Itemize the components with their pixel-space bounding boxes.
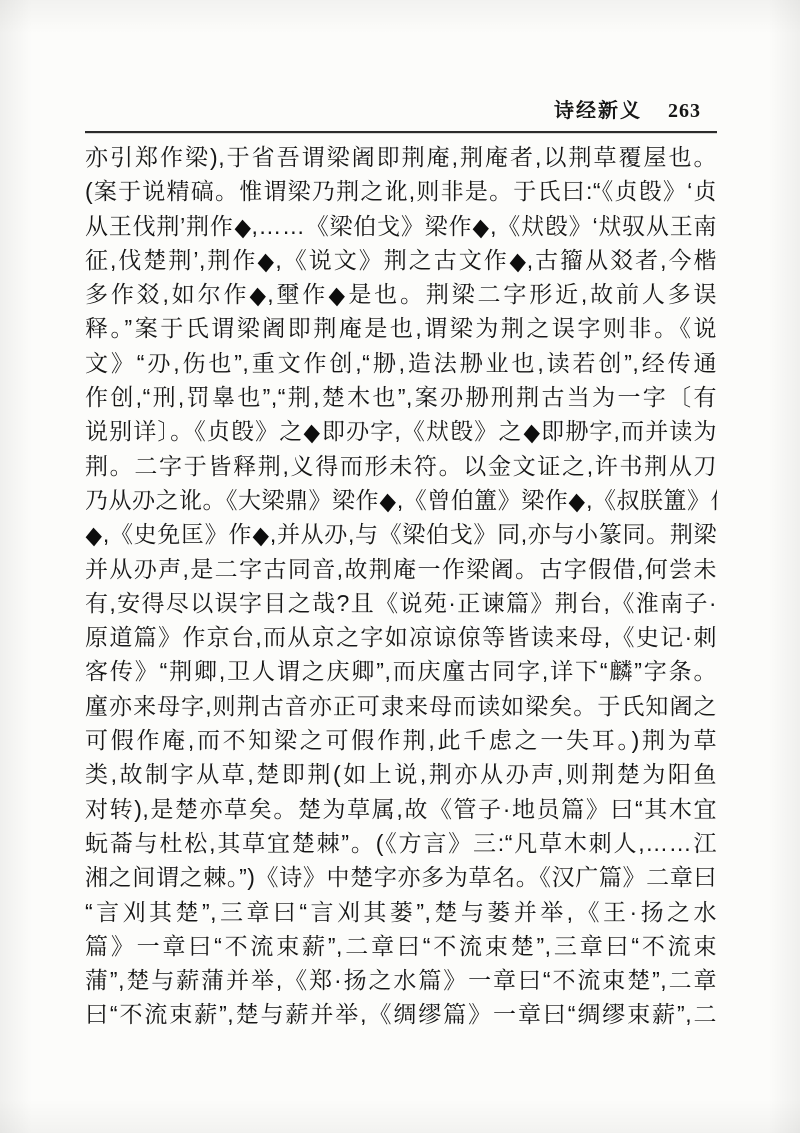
ancient-script-glyph: ◆ xyxy=(472,209,491,243)
ancient-script-glyph: ◆ xyxy=(508,243,527,277)
running-header: 诗经新义263 xyxy=(85,94,701,123)
ancient-script-glyph: ◆ xyxy=(378,483,397,517)
text-line: 廑亦来母字,则荆古音亦正可隶来母而读如梁矣。于氏知阇之 xyxy=(85,689,717,723)
text-line: 从王伐荆’荆作◆,……《梁伯戈》梁作◆,《㹜𣪘》‘㹜驭从王南 xyxy=(85,209,717,243)
text-line: ◆,《史免匡》作◆,并从刅,与《梁伯戈》同,亦与小篆同。荆梁 xyxy=(85,517,717,551)
page-number: 263 xyxy=(668,100,701,123)
header-rule xyxy=(85,131,717,133)
text-block: 亦引郑作梁),于省吾谓梁阇即荆庵,荆庵者,以荆草覆屋也。(案于说精碻。惟谓梁乃荆… xyxy=(85,140,717,1032)
text-line: 荆。二字于皆释荆,义得而形未符。以金文证之,许书荆从刀 xyxy=(85,449,717,483)
ancient-script-glyph: ◆ xyxy=(233,209,252,243)
text-line: 作创,“刑,罚辠也”,“荆,楚木也”,案刅刱刑荆古当为一字〔有 xyxy=(85,380,717,414)
text-line: (案于说精碻。惟谓梁乃荆之讹,则非是。于氏曰:“《贞𣪘》‘贞 xyxy=(85,174,717,208)
text-line: 乃从刅之讹。《大梁鼎》梁作◆,《曾伯簠》梁作◆,《叔朕簠》作 xyxy=(85,483,717,517)
book-title: 诗经新义 xyxy=(554,100,642,122)
text-line: 蚖菕与杜松,其草宜楚棘”。(《方言》三:“凡草木刺人,……江 xyxy=(85,826,717,860)
ancient-script-glyph: ◆ xyxy=(303,414,322,448)
text-line: 对转),是楚亦草矣。楚为草属,故《管子·地员篇》曰“其木宜 xyxy=(85,792,717,826)
text-line: 曰“不流束薪”,楚与薪并举,《绸缪篇》一章曰“绸缪束薪”,二 xyxy=(85,997,717,1031)
text-line: 并从刅声,是二字古同音,故荆庵一作梁阇。古字假借,何尝未 xyxy=(85,552,717,586)
text-line: 征,伐楚荆’,荆作◆,《说文》荆之古文作◆,古籀从㸚者,今楷 xyxy=(85,243,717,277)
text-line: 原道篇》作京台,而从京之字如凉谅倞等皆读来母,《史记·刺 xyxy=(85,620,717,654)
text-line: 湘之间谓之棘。”)《诗》中楚字亦多为草名。《汉广篇》二章曰 xyxy=(85,860,717,894)
text-line: 文》“刅,伤也”,重文作创,“刱,造法刱业也,读若创”,经传通 xyxy=(85,346,717,380)
ancient-script-glyph: ◆ xyxy=(568,483,587,517)
text-line: 释。”案于氏谓梁阇即荆庵是也,谓梁为荆之误字则非。《说 xyxy=(85,311,717,345)
text-line: 亦引郑作梁),于省吾谓梁阇即荆庵,荆庵者,以荆草覆屋也。 xyxy=(85,140,717,174)
ancient-script-glyph: ◆ xyxy=(249,277,268,311)
text-line: 客传》“荆卿,卫人谓之庆卿”,而庆廑古同字,详下“麟”字条。 xyxy=(85,654,717,688)
ancient-script-glyph: ◆ xyxy=(522,414,541,448)
text-line: 可假作庵,而不知梁之可假作荆,此千虑之一失耳。)荆为草 xyxy=(85,723,717,757)
ancient-script-glyph: ◆ xyxy=(85,517,103,551)
ancient-script-glyph: ◆ xyxy=(251,517,270,551)
text-line: 蒲”,楚与薪蒲并举,《郑·扬之水篇》一章曰“不流束楚”,二章 xyxy=(85,963,717,997)
ancient-script-glyph: ◆ xyxy=(328,277,347,311)
scanned-book-page: 诗经新义263 亦引郑作梁),于省吾谓梁阇即荆庵,荆庵者,以荆草覆屋也。(案于说… xyxy=(0,0,800,1133)
ancient-script-glyph: ◆ xyxy=(257,243,276,277)
text-line: 多作㸚,如尔作◆,壐作◆是也。荆梁二字形近,故前人多误 xyxy=(85,277,717,311)
text-line: 篇》一章曰“不流束薪”,二章曰“不流束楚”,三章曰“不流束 xyxy=(85,929,717,963)
text-line: 类,故制字从草,楚即荆(如上说,荆亦从刅声,则荆楚为阳鱼 xyxy=(85,757,717,791)
text-line: 说别详〕。《贞𣪘》之◆即刅字,《㹜𣪘》之◆即刱字,而并读为 xyxy=(85,414,717,448)
text-line: 有,安得尽以误字目之哉?且《说苑·正谏篇》荆台,《淮南子· xyxy=(85,586,717,620)
text-line: “言刈其楚”,三章曰“言刈其蒌”,楚与蒌并举,《王·扬之水 xyxy=(85,895,717,929)
